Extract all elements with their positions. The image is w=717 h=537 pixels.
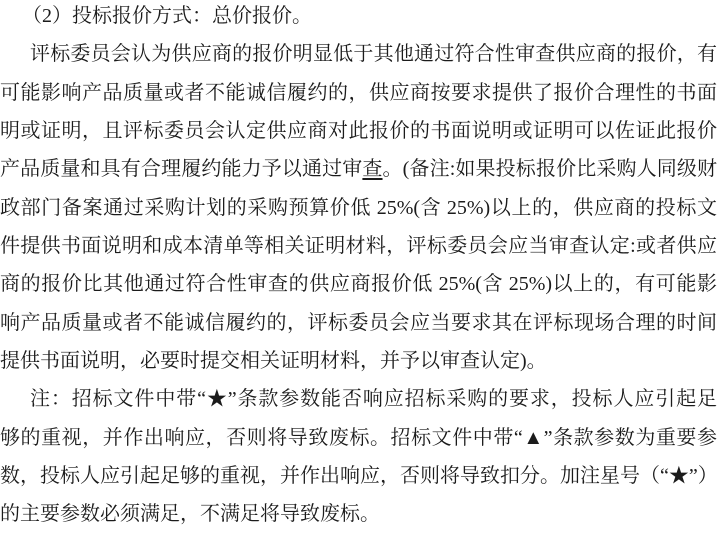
document-page: （2）投标报价方式：总价报价。评标委员会认为供应商的报价明显低于其他通过符合性审… (0, 0, 717, 537)
text-segment: 响产品质量或者不能诚信履约的，评标委员会应当要求其在评标现场合理的时间内 (0, 312, 717, 342)
text-segment: 。(备注:如果投标报价比采购人同级财 (383, 158, 717, 180)
text-segment: 明或证明，且评标委员会认定供应商对此报价的书面说明或证明可以佐证此报价的 (0, 120, 717, 150)
text-line: 注：招标文件中带“★”条款参数能否响应招标采购的要求，投标人应引起足 (0, 380, 717, 418)
underlined-text: 查 (362, 158, 382, 180)
text-line: 明或证明，且评标委员会认定供应商对此报价的书面说明或证明可以佐证此报价的 (0, 112, 717, 150)
text-segment: 商的报价比其他通过符合性审查的供应商报价低 25%(含 25%)以上的，有可能影 (0, 273, 717, 295)
text-segment: 可能影响产品质量或者不能诚信履约的，供应商按要求提供了报价合理性的书面说 (0, 82, 717, 112)
text-line: 商的报价比其他通过符合性审查的供应商报价低 25%(含 25%)以上的，有可能影 (0, 265, 717, 303)
text-segment: 政部门备案通过采购计划的采购预算价低 25%(含 25%)以上的，供应商的投标文 (0, 197, 717, 219)
text-segment: 提供书面说明，必要时提交相关证明材料，并予以审查认定)。 (0, 350, 547, 372)
text-segment: 的主要参数必须满足，不满足将导致废标。 (0, 503, 380, 525)
text-segment: 数，投标人应引起足够的重视，并作出响应，否则将导致扣分。加注星号（“★”） (0, 465, 717, 487)
text-line: 的主要参数必须满足，不满足将导致废标。 (0, 495, 717, 533)
text-line: 政部门备案通过采购计划的采购预算价低 25%(含 25%)以上的，供应商的投标文 (0, 189, 717, 227)
text-line: （2）投标报价方式：总价报价。 (0, 0, 717, 35)
text-line: 产品质量和具有合理履约能力予以通过审查。(备注:如果投标报价比采购人同级财 (0, 150, 717, 188)
document-body: （2）投标报价方式：总价报价。评标委员会认为供应商的报价明显低于其他通过符合性审… (0, 0, 717, 534)
text-line: 提供书面说明，必要时提交相关证明材料，并予以审查认定)。 (0, 342, 717, 380)
text-line: 评标委员会认为供应商的报价明显低于其他通过符合性审查供应商的报价，有 (0, 35, 717, 73)
text-segment: 够的重视，并作出响应，否则将导致废标。招标文件中带“▲”条款参数为重要参 (0, 427, 717, 449)
paragraph-bid-price-method: （2）投标报价方式：总价报价。 (0, 0, 717, 35)
text-segment: 产品质量和具有合理履约能力予以通过审 (0, 158, 362, 180)
text-segment: 注：招标文件中带“★”条款参数能否响应招标采购的要求，投标人应引起足 (30, 388, 717, 410)
text-line: 够的重视，并作出响应，否则将导致废标。招标文件中带“▲”条款参数为重要参 (0, 419, 717, 457)
text-line: 数，投标人应引起足够的重视，并作出响应，否则将导致扣分。加注星号（“★”） (0, 457, 717, 495)
text-segment: 评标委员会认为供应商的报价明显低于其他通过符合性审查供应商的报价，有 (30, 43, 717, 65)
paragraph-note-star-triangle: 注：招标文件中带“★”条款参数能否响应招标采购的要求，投标人应引起足够的重视，并… (0, 380, 717, 533)
paragraph-low-price-review: 评标委员会认为供应商的报价明显低于其他通过符合性审查供应商的报价，有可能影响产品… (0, 35, 717, 380)
text-segment: 件提供书面说明和成本清单等相关证明材料，评标委员会应当审查认定:或者供应 (0, 235, 717, 257)
text-segment: （2）投标报价方式：总价报价。 (22, 5, 312, 27)
text-line: 件提供书面说明和成本清单等相关证明材料，评标委员会应当审查认定:或者供应 (0, 227, 717, 265)
text-line: 可能影响产品质量或者不能诚信履约的，供应商按要求提供了报价合理性的书面说 (0, 74, 717, 112)
text-line: 响产品质量或者不能诚信履约的，评标委员会应当要求其在评标现场合理的时间内 (0, 304, 717, 342)
